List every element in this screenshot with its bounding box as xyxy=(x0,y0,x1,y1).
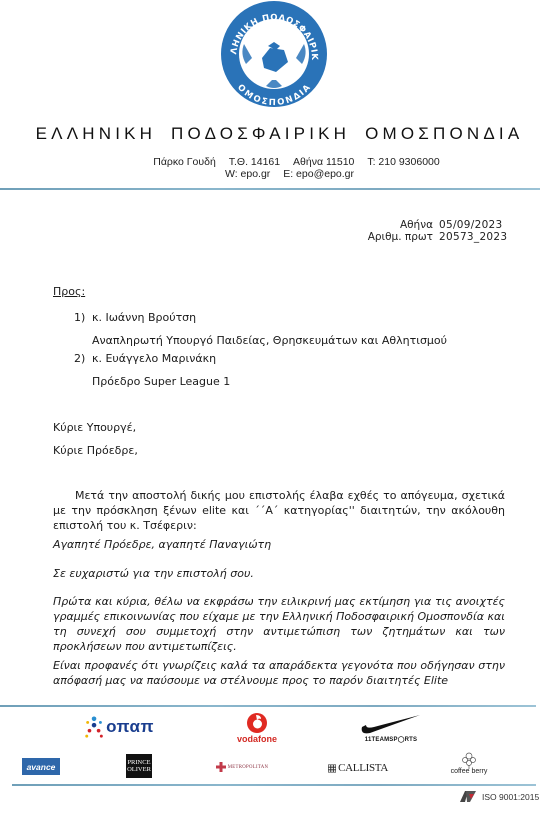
sponsor-avance: avance xyxy=(22,758,60,775)
opap-wordmark: οπαπ xyxy=(106,717,154,737)
coffee-berry-plant-icon xyxy=(460,751,478,769)
recipient-number: 2) xyxy=(74,351,92,366)
header-divider xyxy=(0,188,540,190)
nike-swoosh-icon xyxy=(360,713,422,735)
recipient-2: 2)κ. Ευάγγελο Μαρινάκη xyxy=(74,351,216,366)
recipient-1: 1)κ. Ιωάννη Βρούτση xyxy=(74,310,196,325)
date-label: Αθήνα xyxy=(333,219,433,231)
po-box: Τ.Θ. 14161 xyxy=(229,156,280,168)
callista-grid-icon xyxy=(328,763,336,774)
contact-line-1: Πάρκο Γουδή Τ.Θ. 14161 Αθήνα 11510 Τ: 21… xyxy=(0,156,559,168)
salutation-minister: Κύριε Υπουργέ, xyxy=(53,420,136,435)
salutation-president: Κύριε Πρόεδρε, xyxy=(53,443,138,458)
reference-label: Αριθμ. πρωτ xyxy=(333,231,433,243)
callista-wordmark: CALLISTA xyxy=(338,762,388,774)
prince-oliver-line-2: OLIVER xyxy=(127,766,151,773)
quoted-greeting: Αγαπητέ Πρόεδρε, αγαπητέ Παναγιώτη xyxy=(53,537,505,552)
recipients-label: Προς: xyxy=(53,284,85,299)
recipient-number: 1) xyxy=(74,310,92,325)
contact-line-2: W: epo.gr E: epo@epo.gr xyxy=(0,168,559,180)
vodafone-speechmark-icon xyxy=(246,712,268,734)
organization-name: ΕΛΛΗΝΙΚΗ ΠΟΔΟΣΦΑΙΡΙΚΗ ΟΜΟΣΠΟΝΔΙΑ xyxy=(0,124,559,144)
date-row: Αθήνα 05/09/2023 xyxy=(333,219,535,231)
quoted-paragraph-1: Πρώτα και κύρια, θέλω να εκφράσω την ειλ… xyxy=(53,594,505,654)
sponsor-callista: CALLISTA xyxy=(328,760,388,776)
date-value: 05/09/2023 xyxy=(439,219,535,231)
coffee-berry-wordmark: coffee berry xyxy=(451,768,488,775)
quoted-thanks: Σε ευχαριστώ για την επιστολή σου. xyxy=(53,566,505,581)
city: Αθήνα 11510 xyxy=(293,156,354,168)
vodafone-wordmark: vodafone xyxy=(237,734,277,744)
email: E: epo@epo.gr xyxy=(283,168,354,180)
iso-label: ISO 9001:2015 xyxy=(482,792,539,802)
metropolitan-wordmark: METROPOLITAN xyxy=(228,765,269,770)
website: W: epo.gr xyxy=(225,168,270,180)
reference-row: Αριθμ. πρωτ 20573_2023 xyxy=(333,231,535,243)
intro-paragraph: Μετά την αποστολή δικής μου επιστολής έλ… xyxy=(53,488,505,533)
sponsor-coffee-berry: coffee berry xyxy=(446,748,492,778)
quoted-paragraph-2: Είναι προφανές ότι γνωρίζεις καλά τα απα… xyxy=(53,658,505,688)
bottom-divider xyxy=(12,784,536,786)
certification-mark-icon xyxy=(460,791,476,802)
recipient-name: κ. Ιωάννη Βρούτση xyxy=(92,311,196,324)
iso-certification: ISO 9001:2015 xyxy=(460,791,539,802)
recipient-2-title: Πρόεδρο Super League 1 xyxy=(92,374,230,389)
sponsor-vodafone: vodafone xyxy=(232,710,282,746)
prince-oliver-line-1: PRINCE xyxy=(127,759,150,766)
sponsor-metropolitan: METROPOLITAN xyxy=(214,760,270,774)
metropolitan-cross-icon xyxy=(216,762,226,772)
sponsor-opap: οπαπ xyxy=(84,712,154,742)
epo-crest-logo: ΕΛΛΗΝΙΚΗ ΠΟΔΟΣΦΑΙΡΙΚΗ ΟΜΟΣΠΟΝΔΙΑ xyxy=(218,0,330,108)
avance-wordmark: avance xyxy=(27,762,56,772)
sponsor-prince-oliver: PRINCE OLIVER xyxy=(126,754,152,778)
opap-star-icon xyxy=(84,714,104,740)
sponsor-nike: 11TEAMSP◯RTS xyxy=(358,710,424,746)
recipient-1-title: Αναπληρωτή Υπουργό Παιδείας, Θρησκευμάτω… xyxy=(92,333,447,348)
recipient-name: κ. Ευάγγελο Μαρινάκη xyxy=(92,352,216,365)
teamsports-wordmark: 11TEAMSP◯RTS xyxy=(365,736,417,743)
reference-value: 20573_2023 xyxy=(439,231,535,243)
footer-divider xyxy=(0,705,536,707)
phone: Τ: 210 9306000 xyxy=(367,156,439,168)
address: Πάρκο Γουδή xyxy=(153,156,216,168)
